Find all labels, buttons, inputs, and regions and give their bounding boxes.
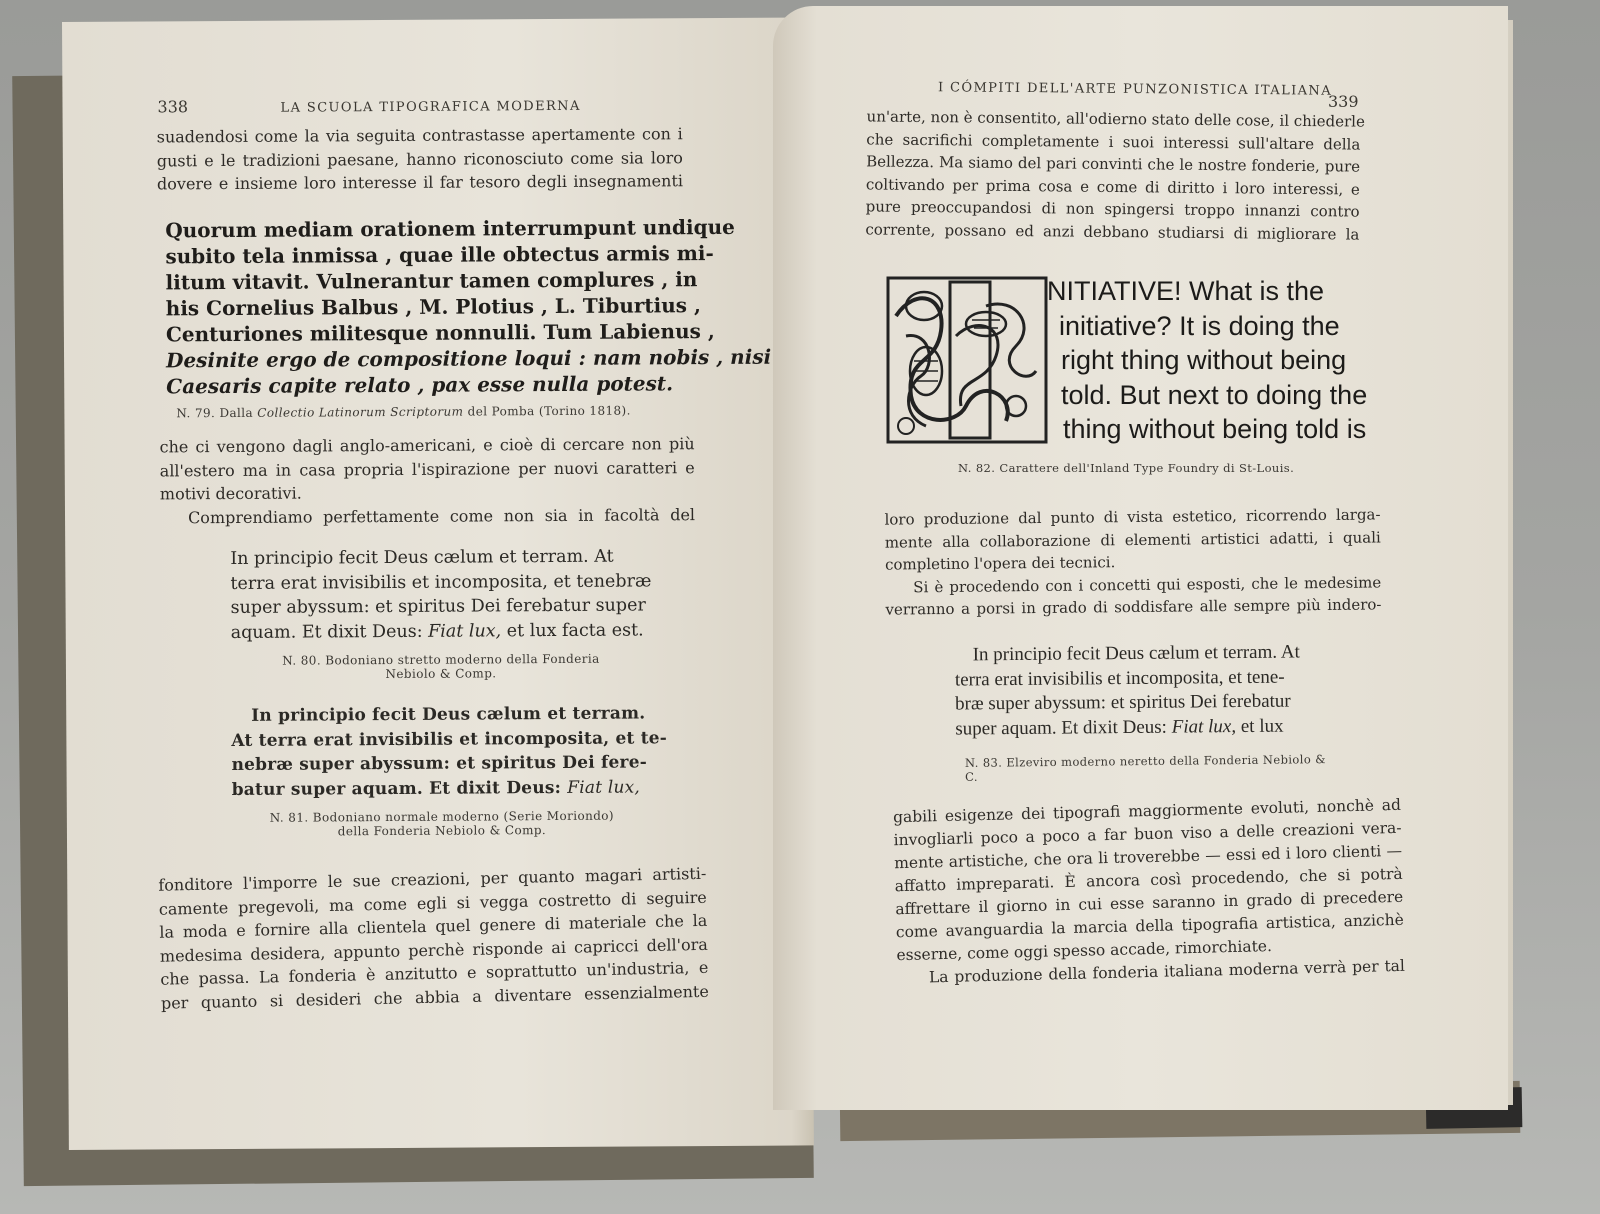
closing-paragraph: gabili esigenze dei tipografi maggiormen… — [893, 794, 1405, 990]
specimen-81-text: In principio fecit Deus cælum et terram.… — [231, 701, 667, 802]
closing-paragraph: fonditore l'imporre le sue creazioni, pe… — [158, 862, 709, 1015]
specimen-83-text: In principio fecit Deus cælum et terram.… — [955, 640, 1301, 741]
caption-83: N. 83. Elzeviro moderno neretto della Fo… — [965, 752, 1335, 784]
caption-80: N. 80. Bodoniano stretto moderno della F… — [231, 651, 651, 682]
opening-paragraph: suadendosi come la via seguita contrasta… — [157, 122, 683, 196]
running-head: LA SCUOLA TIPOGRAFICA MODERNA — [280, 99, 580, 116]
page-number: 339 — [1328, 92, 1359, 111]
specimen-82-text: NITIATIVE! What is the initiative? It is… — [1047, 274, 1367, 447]
specimen-80-text: In principio fecit Deus cælum et terram.… — [230, 544, 652, 645]
page-number: 338 — [157, 97, 188, 116]
ornamental-dropcap-icon: I — [886, 276, 1048, 444]
caption-81: N. 81. Bodoniano normale moderno (Serie … — [227, 808, 657, 839]
middle-paragraph: loro produzione dal punto di vista estet… — [884, 503, 1381, 621]
opening-paragraph: un'arte, non è consentito, all'odierno s… — [865, 105, 1360, 245]
middle-paragraph: che ci vengono dagli anglo-americani, e … — [160, 432, 696, 529]
left-page: 338 LA SCUOLA TIPOGRAFICA MODERNA suaden… — [62, 17, 814, 1150]
caption-82: N. 82. Carattere dell'Inland Type Foundr… — [958, 461, 1318, 475]
caption-79: N. 79. Dalla Collectio Latinorum Scripto… — [176, 403, 686, 420]
running-head: I CÓMPITI DELL'ARTE PUNZONISTICA ITALIAN… — [938, 80, 1332, 98]
specimen-79-text: Quorum mediam orationem interrumpunt und… — [165, 214, 686, 399]
